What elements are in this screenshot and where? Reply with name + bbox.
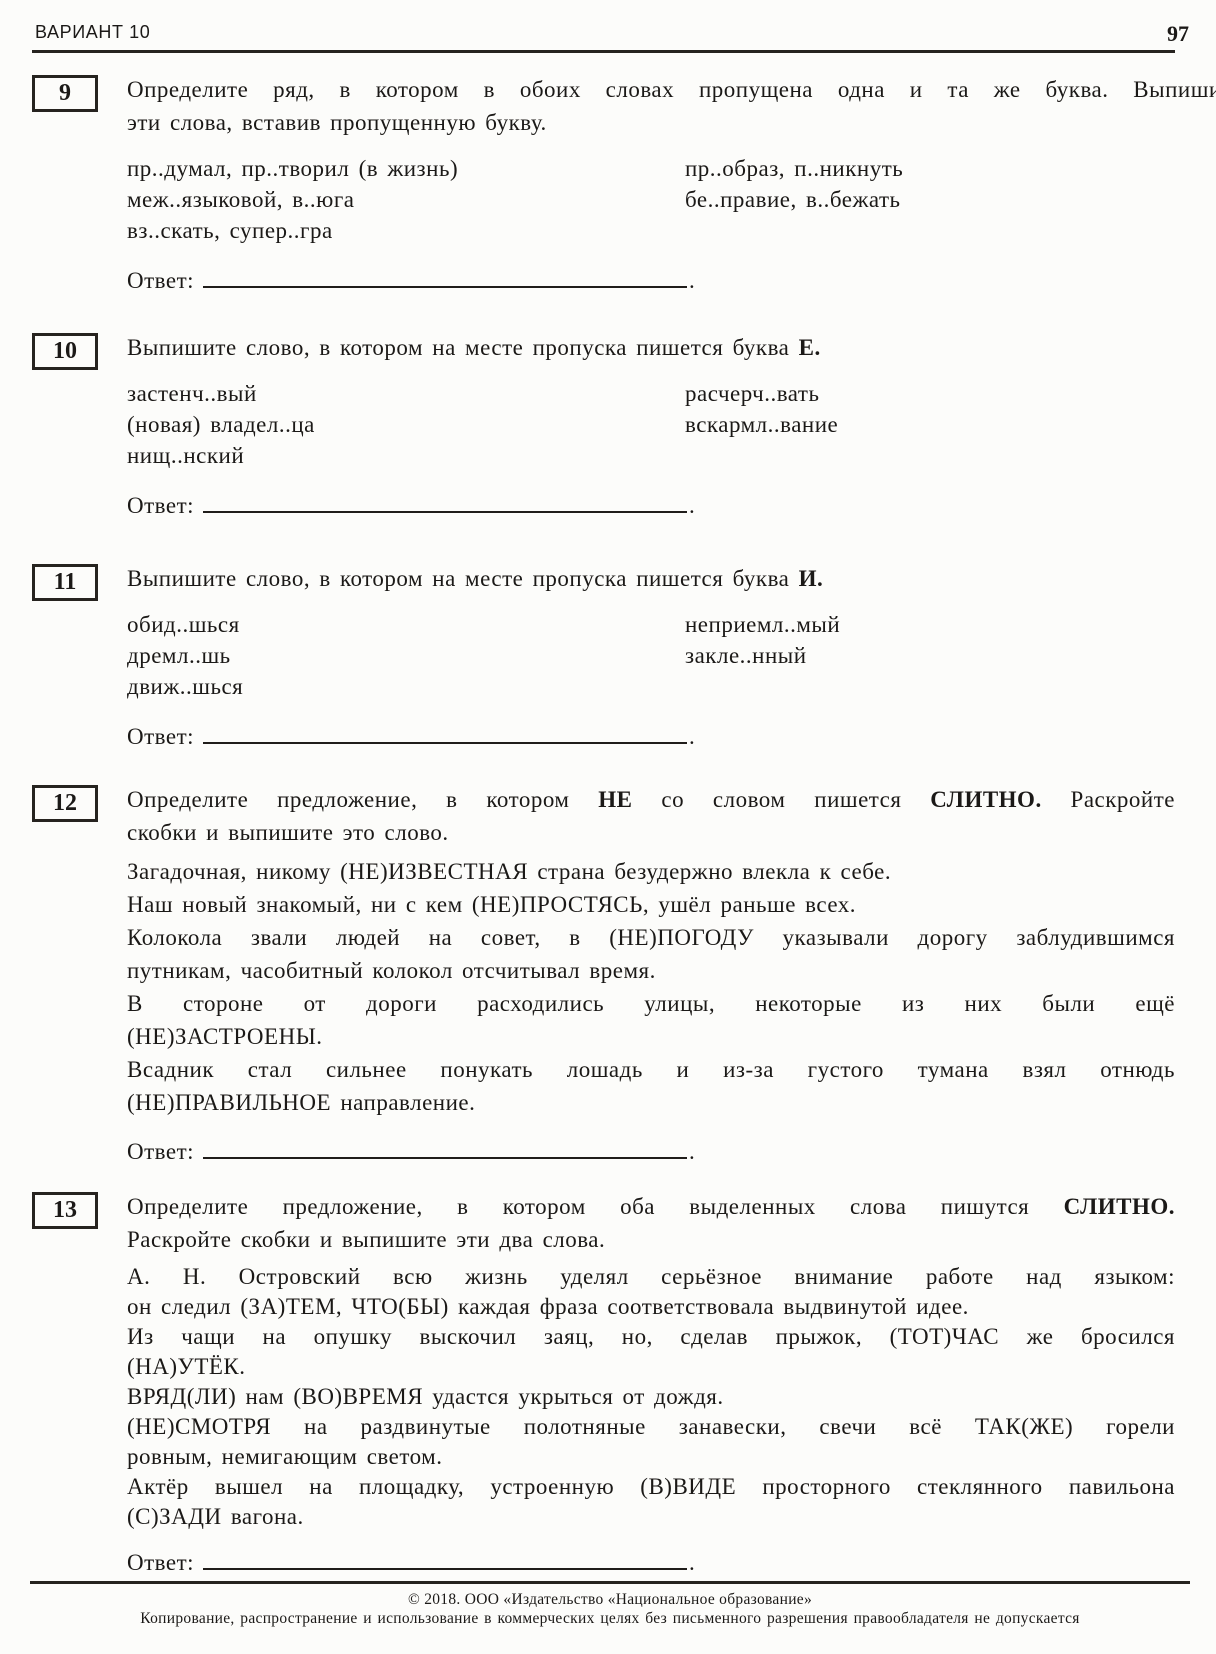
sentence-line: (НЕ)ПРАВИЛЬНОЕ направление. bbox=[127, 1086, 1175, 1119]
answer-period: . bbox=[689, 268, 695, 293]
word-option: вскармл..вание bbox=[685, 409, 1216, 440]
question-13-sentence-options: А. Н. Островский всю жизнь уделял серьёз… bbox=[127, 1262, 1175, 1532]
question-9-number: 9 bbox=[59, 80, 71, 107]
question-13-number-box: 13 bbox=[32, 1192, 98, 1229]
answer-period: . bbox=[689, 493, 695, 518]
word-option: движ..шься bbox=[127, 671, 685, 702]
answer-label: Ответ: bbox=[127, 1550, 194, 1575]
question-12-instruction-line-1: Определите предложение, в котором НЕ со … bbox=[127, 783, 1175, 816]
question-11-instruction-line-1: Выпишите слово, в котором на месте пропу… bbox=[127, 562, 1216, 595]
question-11-word-options: обид..шься дремл..шь движ..шься неприемл… bbox=[127, 609, 1216, 702]
exam-page: ВАРИАНТ 10 97 9 Определите ряд, в которо… bbox=[0, 0, 1216, 1654]
word-option: (новая) владел..ца bbox=[127, 409, 685, 440]
question-13-instruction-line-1: Определите предложение, в котором оба вы… bbox=[127, 1190, 1175, 1223]
page-footer: © 2018. ООО «Издательство «Национальное … bbox=[30, 1581, 1190, 1628]
question-10-answer-row: Ответ:. bbox=[127, 489, 1216, 522]
question-13-instruction-line-2: Раскройте скобки и выпишите эти два слов… bbox=[127, 1223, 1175, 1256]
question-13: 13 Определите предложение, в котором оба… bbox=[32, 1190, 1175, 1579]
sentence-line: Загадочная, никому (НЕ)ИЗВЕСТНАЯ страна … bbox=[127, 855, 1175, 888]
sentence-line: ровным, немигающим светом. bbox=[127, 1442, 1175, 1472]
question-9-number-box: 9 bbox=[32, 75, 98, 112]
answer-period: . bbox=[689, 724, 695, 749]
word-option: застенч..вый bbox=[127, 378, 685, 409]
answer-blank-line bbox=[203, 739, 687, 744]
word-option: неприемл..мый bbox=[685, 609, 1216, 640]
question-13-answer-row: Ответ:. bbox=[127, 1546, 1175, 1579]
sentence-line: А. Н. Островский всю жизнь уделял серьёз… bbox=[127, 1262, 1175, 1292]
word-column-right: неприемл..мый закле..нный bbox=[685, 609, 1216, 702]
footer-rule bbox=[30, 1581, 1190, 1584]
sentence-line: (НЕ)ЗАСТРОЕНЫ. bbox=[127, 1020, 1175, 1053]
word-option: нищ..нский bbox=[127, 440, 685, 471]
answer-label: Ответ: bbox=[127, 724, 194, 749]
question-11-number-box: 11 bbox=[32, 564, 98, 601]
answer-label: Ответ: bbox=[127, 1139, 194, 1164]
sentence-line: В стороне от дороги расходились улицы, н… bbox=[127, 987, 1175, 1020]
answer-period: . bbox=[689, 1550, 695, 1575]
question-13-number: 13 bbox=[53, 1197, 77, 1224]
word-option: расчерч..вать bbox=[685, 378, 1216, 409]
word-option: меж..языковой, в..юга bbox=[127, 184, 685, 215]
word-column-left: пр..думал, пр..творил (в жизнь) меж..язы… bbox=[127, 153, 685, 246]
footer-notice: Копирование, распространение и использов… bbox=[30, 1610, 1190, 1628]
sentence-line: ВРЯД(ЛИ) нам (ВО)ВРЕМЯ удастся укрыться … bbox=[127, 1382, 1175, 1412]
question-11-answer-row: Ответ:. bbox=[127, 720, 1216, 753]
question-12-sentence-options: Загадочная, никому (НЕ)ИЗВЕСТНАЯ страна … bbox=[127, 855, 1175, 1119]
question-10-number-box: 10 bbox=[32, 333, 98, 370]
question-9-instruction-line-2: эти слова, вставив пропущенную букву. bbox=[127, 106, 1216, 139]
answer-blank-line bbox=[203, 283, 687, 288]
page-number: 97 bbox=[1167, 21, 1189, 50]
header-rule bbox=[32, 50, 1175, 53]
question-10: 10 Выпишите слово, в котором на месте пр… bbox=[32, 331, 1175, 522]
answer-period: . bbox=[689, 1139, 695, 1164]
question-11: 11 Выпишите слово, в котором на месте пр… bbox=[32, 562, 1175, 753]
sentence-line: Актёр вышел на площадку, устроенную (В)В… bbox=[127, 1472, 1175, 1502]
question-9-instruction-line-1: Определите ряд, в котором в обоих словах… bbox=[127, 73, 1216, 106]
question-9: 9 Определите ряд, в котором в обоих слов… bbox=[32, 73, 1175, 297]
sentence-line: Колокола звали людей на совет, в (НЕ)ПОГ… bbox=[127, 921, 1175, 954]
sentence-line: он следил (ЗА)ТЕМ, ЧТО(БЫ) каждая фраза … bbox=[127, 1292, 1175, 1322]
question-11-number: 11 bbox=[54, 569, 77, 596]
question-9-word-options: пр..думал, пр..творил (в жизнь) меж..язы… bbox=[127, 153, 1216, 246]
word-option: закле..нный bbox=[685, 640, 1216, 671]
sentence-line: (С)ЗАДИ вагона. bbox=[127, 1502, 1175, 1532]
question-10-instruction-line-1: Выпишите слово, в котором на месте пропу… bbox=[127, 331, 1216, 364]
answer-blank-line bbox=[203, 1565, 687, 1570]
word-column-left: застенч..вый (новая) владел..ца нищ..нск… bbox=[127, 378, 685, 471]
word-option: бе..правие, в..бежать bbox=[685, 184, 1216, 215]
word-column-right: пр..образ, п..никнуть бе..правие, в..беж… bbox=[685, 153, 1216, 246]
sentence-line: (НЕ)СМОТРЯ на раздвинутые полотняные зан… bbox=[127, 1412, 1175, 1442]
variant-label: ВАРИАНТ 10 bbox=[32, 16, 150, 50]
word-column-right: расчерч..вать вскармл..вание bbox=[685, 378, 1216, 471]
question-9-answer-row: Ответ:. bbox=[127, 264, 1216, 297]
answer-label: Ответ: bbox=[127, 493, 194, 518]
sentence-line: Всадник стал сильнее понукать лошадь и и… bbox=[127, 1053, 1175, 1086]
word-option: вз..скать, супер..гра bbox=[127, 215, 685, 246]
page-header: ВАРИАНТ 10 97 bbox=[32, 16, 1175, 50]
question-12-number: 12 bbox=[53, 790, 77, 817]
word-option: пр..думал, пр..творил (в жизнь) bbox=[127, 153, 685, 184]
answer-blank-line bbox=[203, 1154, 687, 1159]
answer-blank-line bbox=[203, 508, 687, 513]
answer-label: Ответ: bbox=[127, 268, 194, 293]
question-12-answer-row: Ответ:. bbox=[127, 1135, 1175, 1168]
word-column-left: обид..шься дремл..шь движ..шься bbox=[127, 609, 685, 702]
sentence-line: Наш новый знакомый, ни с кем (НЕ)ПРОСТЯС… bbox=[127, 888, 1175, 921]
word-option: обид..шься bbox=[127, 609, 685, 640]
question-10-word-options: застенч..вый (новая) владел..ца нищ..нск… bbox=[127, 378, 1216, 471]
question-12-number-box: 12 bbox=[32, 785, 98, 822]
sentence-line: (НА)УТЁК. bbox=[127, 1352, 1175, 1382]
question-10-number: 10 bbox=[53, 338, 77, 365]
question-12-instruction-line-2: скобки и выпишите это слово. bbox=[127, 816, 1175, 849]
question-12: 12 Определите предложение, в котором НЕ … bbox=[32, 783, 1175, 1168]
word-option: дремл..шь bbox=[127, 640, 685, 671]
word-option: пр..образ, п..никнуть bbox=[685, 153, 1216, 184]
sentence-line: путникам, часобитный колокол отсчитывал … bbox=[127, 954, 1175, 987]
footer-copyright: © 2018. ООО «Издательство «Национальное … bbox=[30, 1591, 1190, 1609]
sentence-line: Из чащи на опушку выскочил заяц, но, сде… bbox=[127, 1322, 1175, 1352]
